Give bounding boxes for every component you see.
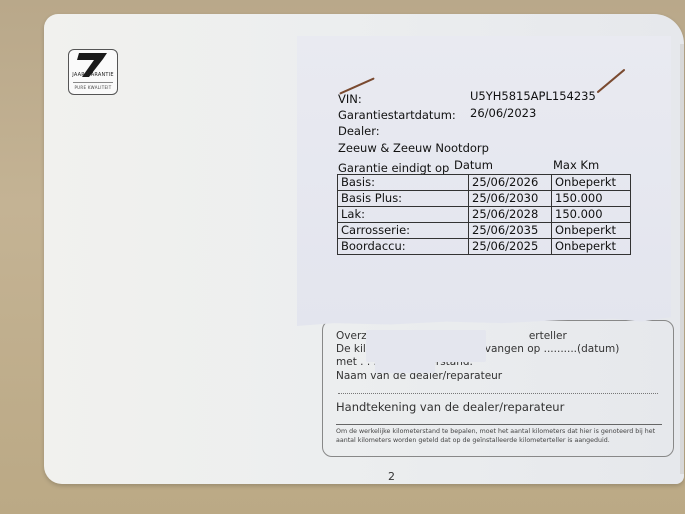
label-overlap-mask-2 xyxy=(375,355,435,373)
table-row: Basis Plus:25/06/2030150.000 xyxy=(338,191,631,207)
form-line-1-end: erteller xyxy=(529,330,567,342)
dealer-label: Dealer: xyxy=(338,124,380,138)
table-header-maxkm: Max Km xyxy=(553,158,599,172)
logo-brand: JAAR GARANTIE xyxy=(69,72,117,78)
max-km: Onbeperkt xyxy=(552,239,631,255)
table-header-coverage: Garantie eindigt op xyxy=(338,161,449,175)
page-number: 2 xyxy=(388,470,395,483)
signature-label: Handtekening van de dealer/reparateur xyxy=(336,400,564,414)
table-row: Boordaccu:25/06/2025Onbeperkt xyxy=(338,239,631,255)
table-row: Basis:25/06/2026Onbeperkt xyxy=(338,175,631,191)
table-row: Carrosserie:25/06/2035Onbeperkt xyxy=(338,223,631,239)
form-line-2-end: vervangen op ..........(datum) xyxy=(468,343,620,355)
max-km: Onbeperkt xyxy=(552,223,631,239)
coverage-name: Basis: xyxy=(338,175,469,191)
end-date: 25/06/2028 xyxy=(469,207,552,223)
logo-divider xyxy=(73,82,113,83)
start-date-label: Garantiestartdatum: xyxy=(338,108,456,122)
table-header-date: Datum xyxy=(454,158,493,172)
table-row: Lak:25/06/2028150.000 xyxy=(338,207,631,223)
page-edge xyxy=(680,44,684,474)
warranty-logo: JAAR GARANTIE PURE KWALITEIT xyxy=(68,49,118,95)
max-km: Onbeperkt xyxy=(552,175,631,191)
coverage-name: Carrosserie: xyxy=(338,223,469,239)
vin-label: VIN: xyxy=(338,92,362,106)
end-date: 25/06/2025 xyxy=(469,239,552,255)
dealer-value: Zeeuw & Zeeuw Nootdorp xyxy=(338,141,489,155)
end-date: 25/06/2035 xyxy=(469,223,552,239)
logo-tagline: PURE KWALITEIT xyxy=(69,85,117,90)
dealer-name-field[interactable] xyxy=(338,393,658,394)
coverage-name: Lak: xyxy=(338,207,469,223)
coverage-name: Boordaccu: xyxy=(338,239,469,255)
warranty-table: Basis:25/06/2026OnbeperktBasis Plus:25/0… xyxy=(337,174,631,255)
max-km: 150.000 xyxy=(552,207,631,223)
form-footnote: Om de werkelijke kilometerstand te bepal… xyxy=(336,427,666,445)
start-date-value: 26/06/2023 xyxy=(470,106,536,120)
vin-value: U5YH5815APL154235 xyxy=(470,89,596,103)
end-date: 25/06/2030 xyxy=(469,191,552,207)
signature-field[interactable] xyxy=(336,424,662,425)
coverage-name: Basis Plus: xyxy=(338,191,469,207)
max-km: 150.000 xyxy=(552,191,631,207)
end-date: 25/06/2026 xyxy=(469,175,552,191)
